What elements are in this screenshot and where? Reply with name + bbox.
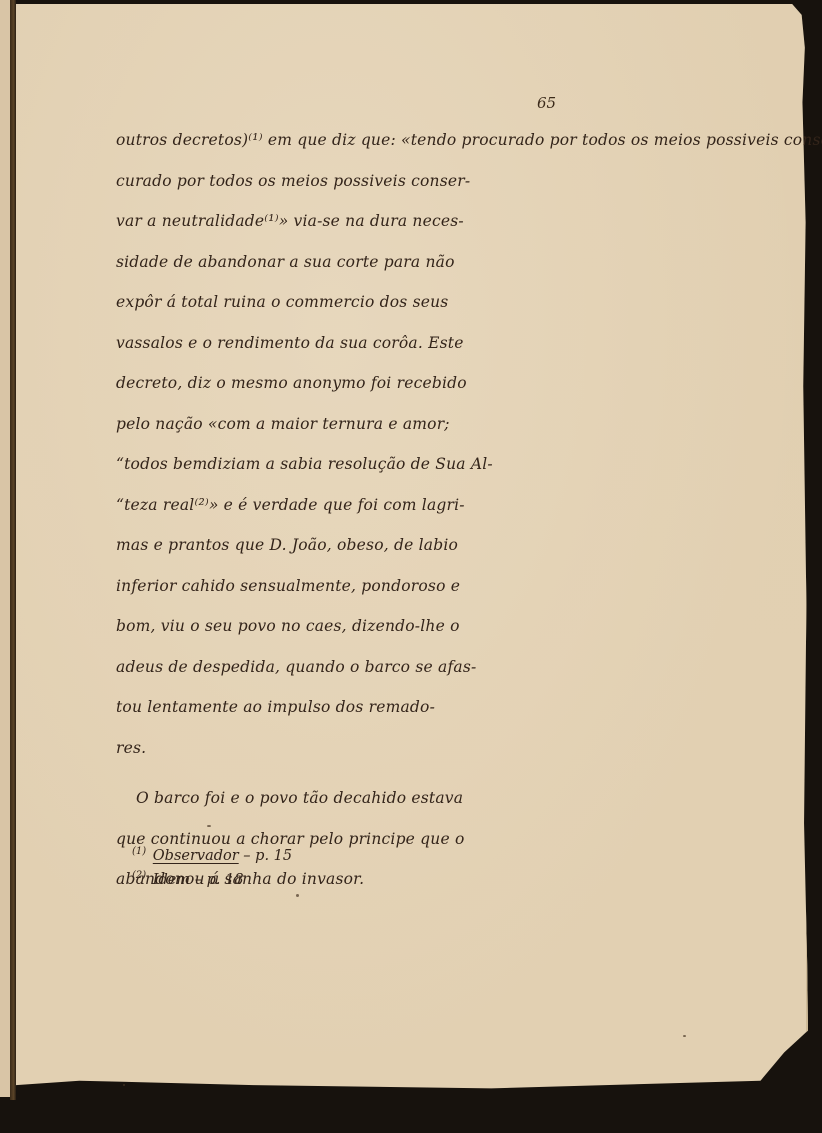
- line-text: mas e prantos que D. João, obeso, de lab…: [116, 536, 458, 554]
- line-text: outros decretos)⁽¹⁾ em que diz que: «ten…: [116, 131, 822, 149]
- line-text: vassalos e o rendimento da sua corôa. Es…: [116, 334, 464, 352]
- text-line-4: sidade de abandonar a sua corte para não: [116, 242, 576, 283]
- text-line-7: decreto, diz o mesmo anonymo foi recebid…: [116, 363, 576, 404]
- footnote-2: (2) Idem – p. 18: [132, 864, 432, 888]
- line-text: tou lentamente ao impulso dos remado-: [116, 698, 435, 716]
- line-text: var a neutralidade⁽¹⁾» via-se na dura ne…: [116, 212, 464, 230]
- text-line-12: inferior cahido sensualmente, pondoroso …: [116, 566, 576, 607]
- scan-background: 65 outros decretos)⁽¹⁾ em que diz que: «…: [0, 0, 822, 1133]
- line-text: curado por todos os meios possiveis cons…: [116, 172, 470, 190]
- text-line-5: expôr á total ruina o commercio dos seus: [116, 282, 576, 323]
- line-text: sidade de abandonar a sua corte para não: [116, 253, 455, 271]
- footnote-ref: – p. 15: [243, 848, 292, 864]
- ink-speck: [207, 825, 211, 827]
- line-text: res.: [116, 739, 146, 757]
- text-line-6: vassalos e o rendimento da sua corôa. Es…: [116, 323, 576, 364]
- footnote-mark: (2): [132, 870, 146, 881]
- footnote-source: Observador: [153, 848, 239, 864]
- text-line-16: res.: [116, 728, 576, 769]
- manuscript-text: outros decretos)⁽¹⁾ em que diz que: «ten…: [116, 120, 576, 900]
- line-text: expôr á total ruina o commercio dos seus: [116, 293, 448, 311]
- previous-page-edge: [0, 0, 10, 1097]
- text-line-15: tou lentamente ao impulso dos remado-: [116, 687, 576, 728]
- line-text: decreto, diz o mesmo anonymo foi recebid…: [116, 374, 467, 392]
- footnote-source: Idem: [153, 872, 190, 888]
- text-line-3: var a neutralidade⁽¹⁾» via-se na dura ne…: [116, 201, 576, 242]
- footnote-1: (1) Observador – p. 15: [132, 840, 432, 864]
- ink-speck: [123, 1084, 125, 1086]
- text-line-10: “teza real⁽²⁾» e é verdade que foi com l…: [116, 485, 576, 526]
- line-text: “teza real⁽²⁾» e é verdade que foi com l…: [116, 496, 465, 514]
- line-text: pelo nação «com a maior ternura e amor;: [116, 415, 450, 433]
- text-line-2: curado por todos os meios possiveis cons…: [116, 161, 576, 202]
- footnote-ref: – p. 18: [195, 872, 244, 888]
- line-text: O barco foi e o povo tão decahido estava: [136, 789, 463, 807]
- ink-speck: [683, 1035, 686, 1037]
- text-line-14: adeus de despedida, quando o barco se af…: [116, 647, 576, 688]
- text-line-1: outros decretos)⁽¹⁾ em que diz que: «ten…: [116, 120, 576, 161]
- ink-speck: [296, 894, 299, 897]
- text-line-17: O barco foi e o povo tão decahido estava: [116, 778, 576, 819]
- line-text: adeus de despedida, quando o barco se af…: [116, 658, 476, 676]
- text-line-9: “todos bemdiziam a sabia resolução de Su…: [116, 444, 576, 485]
- footnote-mark: (1): [132, 846, 146, 857]
- line-text: “todos bemdiziam a sabia resolução de Su…: [116, 455, 493, 473]
- page-number: 65: [537, 94, 556, 112]
- line-text: inferior cahido sensualmente, pondoroso …: [116, 577, 460, 595]
- text-line-13: bom, viu o seu povo no caes, dizendo-lhe…: [116, 606, 576, 647]
- text-line-8: pelo nação «com a maior ternura e amor;: [116, 404, 576, 445]
- line-text: bom, viu o seu povo no caes, dizendo-lhe…: [116, 617, 460, 635]
- book-gutter: [10, 0, 16, 1100]
- text-line-11: mas e prantos que D. João, obeso, de lab…: [116, 525, 576, 566]
- footnotes: (1) Observador – p. 15 (2) Idem – p. 18: [132, 840, 432, 888]
